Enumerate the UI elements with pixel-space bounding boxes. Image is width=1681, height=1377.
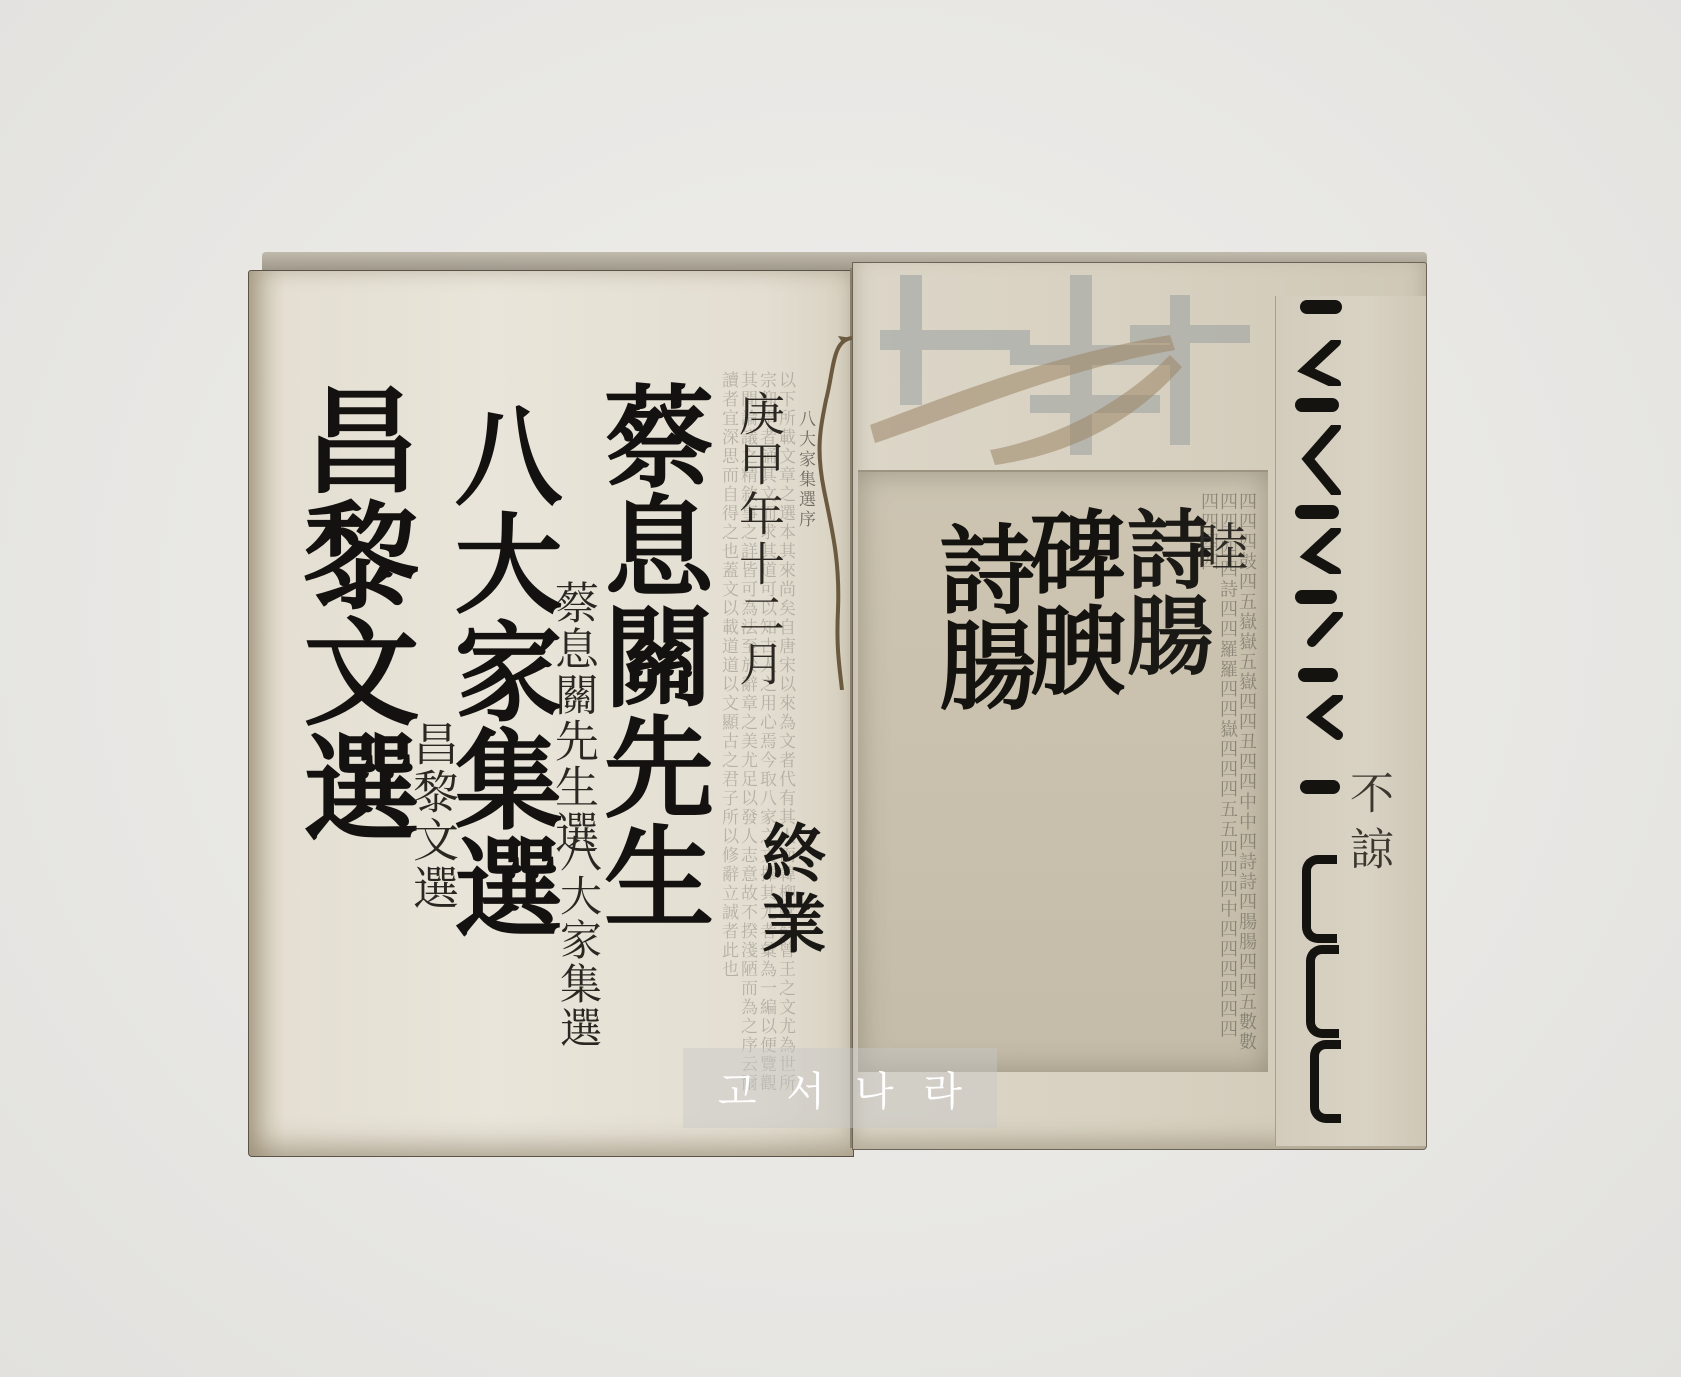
- brush-mark: [1296, 340, 1342, 386]
- watermark: 고 서 나 라: [683, 1048, 997, 1128]
- practice-column-4: 睦: [1180, 520, 1255, 572]
- brush-mark: [1295, 590, 1337, 604]
- watermark-char: 나: [855, 1060, 894, 1117]
- bracket-mark: [1306, 945, 1339, 1038]
- strip-note: 不諒: [1335, 770, 1399, 882]
- brush-mark: [1296, 528, 1342, 574]
- subtitle-column-3: 昌黎文選: [400, 720, 466, 912]
- title-column-1: 蔡息關先生: [590, 380, 710, 930]
- date-inscription: 庚甲年十二月: [726, 390, 792, 690]
- title-column-3: 昌黎文選: [290, 380, 414, 844]
- watermark-char: 라: [923, 1060, 962, 1117]
- bracket-mark: [1302, 855, 1337, 943]
- brush-mark: [1298, 612, 1344, 658]
- brush-mark: [1298, 695, 1344, 741]
- brush-mark: [1298, 668, 1338, 682]
- practice-column-3: 詩腸: [925, 520, 1035, 712]
- brush-mark: [1295, 398, 1339, 412]
- bracket-mark: [1310, 1040, 1341, 1123]
- brush-mark: [1300, 780, 1340, 794]
- subtitle-column-2: 八大家集選: [548, 830, 608, 1050]
- brush-mark: [1296, 425, 1342, 495]
- completion-inscription: 終業: [742, 820, 834, 960]
- watermark-char: 서: [786, 1060, 825, 1117]
- watermark-char: 고: [718, 1060, 757, 1117]
- book-photo: 以下所載文章之選本其來尚矣自唐宋以來為文者代有其人而韓柳歐蘇曾王之文尤為世所宗仰…: [0, 0, 1681, 1377]
- preface-heading: 八大家集選序: [793, 410, 818, 530]
- brush-mark: [1295, 505, 1339, 519]
- brush-mark: [1300, 300, 1342, 314]
- binding-string: [812, 330, 852, 690]
